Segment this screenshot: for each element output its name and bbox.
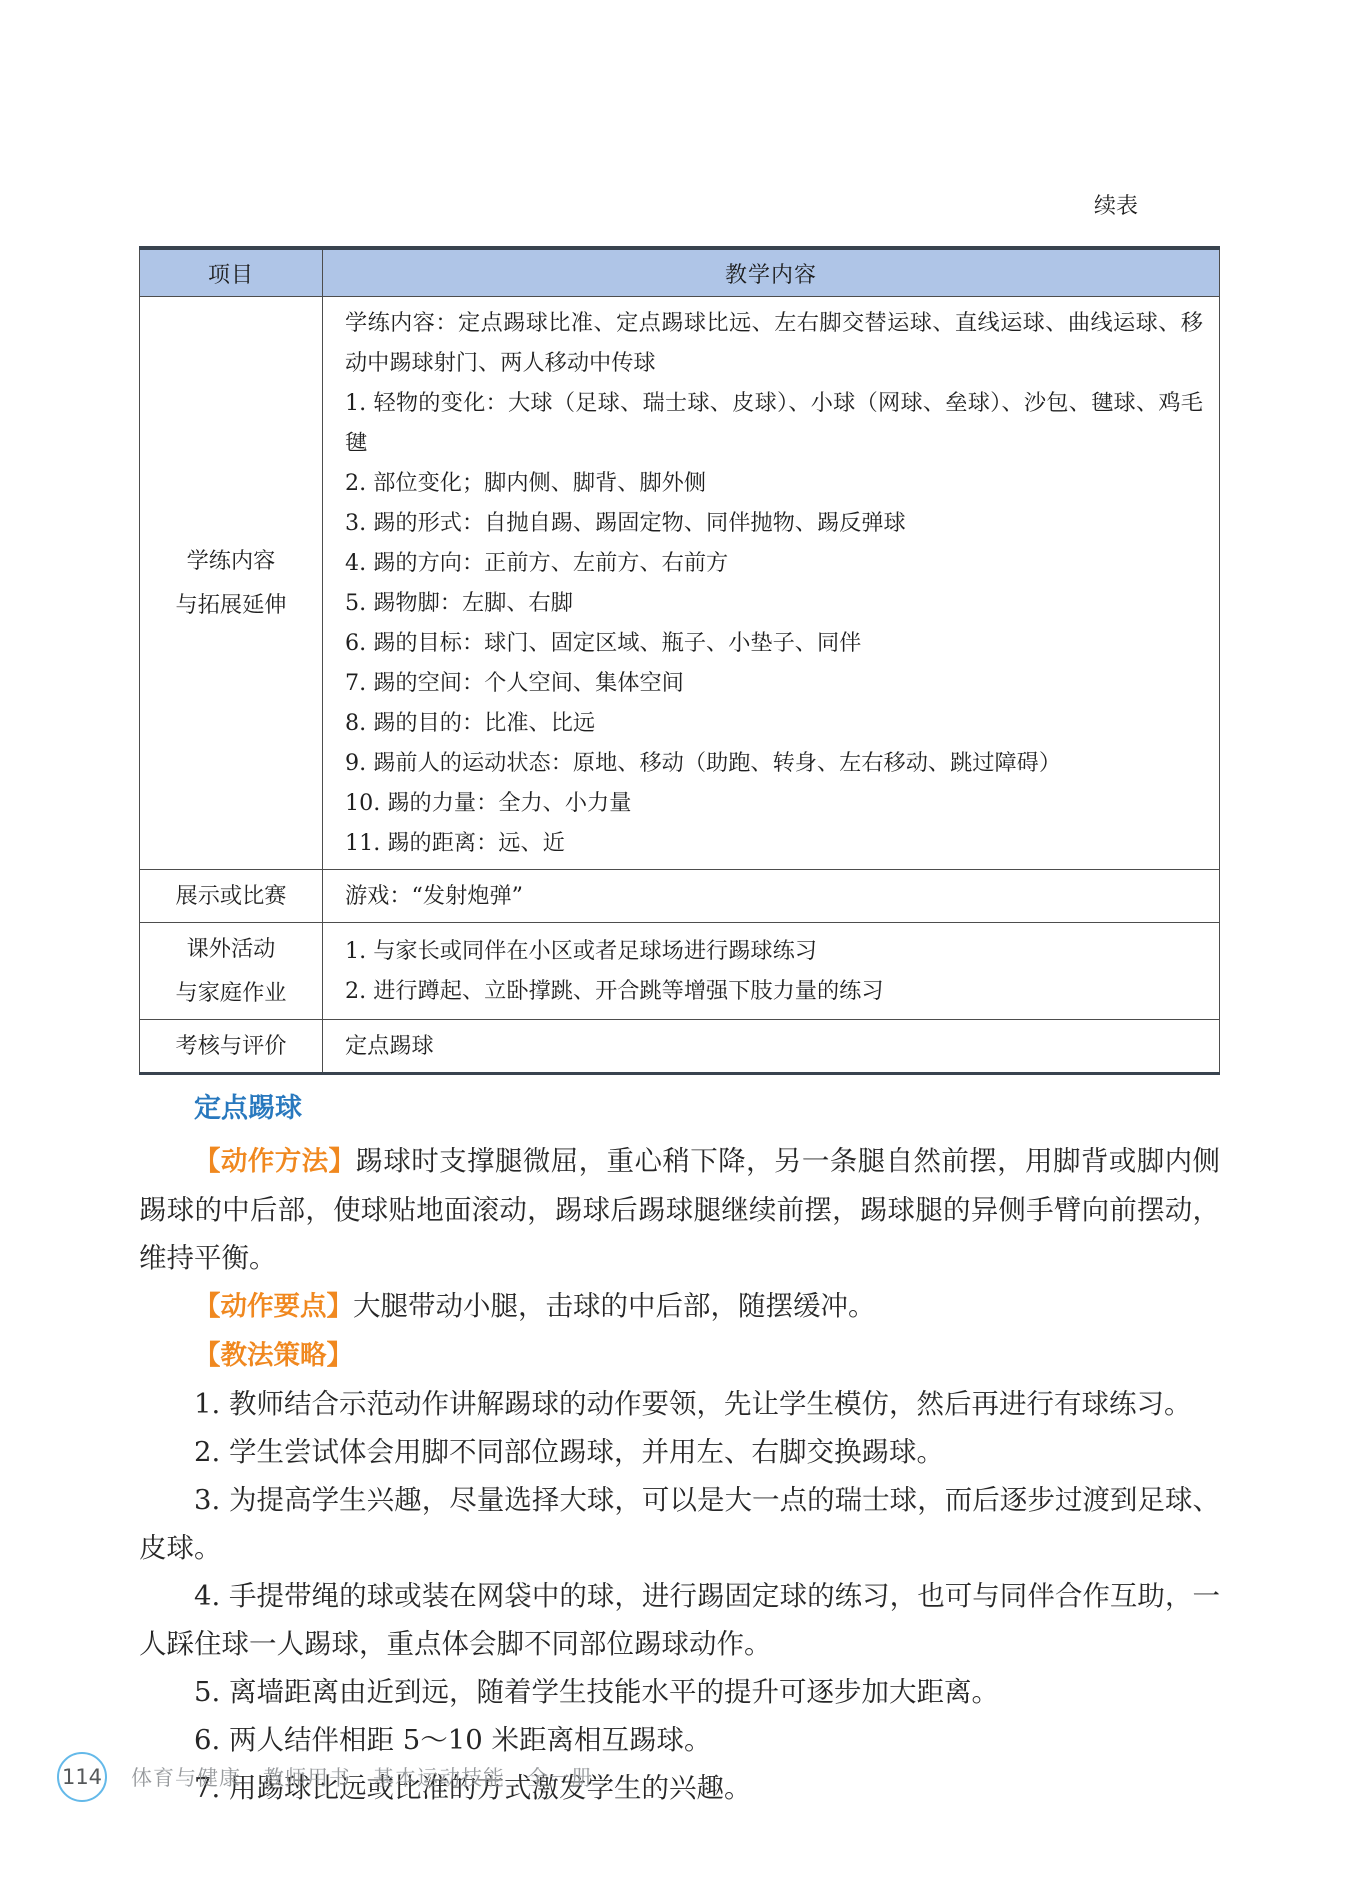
section-dingdian-tiqiu: 定点踢球 【动作方法】踢球时支撑腿微屈，重心稍下降，另一条腿自然前摆，用脚背或脚… bbox=[139, 1091, 1220, 1812]
key-points-paragraph: 【动作要点】大腿带动小腿，击球的中后部，随摆缓冲。 bbox=[139, 1282, 1220, 1331]
continued-table-label: 续表 bbox=[139, 192, 1220, 222]
row-content-line: 1. 轻物的变化：大球（足球、瑞士球、皮球）、小球（网球、垒球）、沙包、毽球、鸡… bbox=[345, 383, 1203, 463]
table-header-content: 教学内容 bbox=[323, 248, 1220, 297]
strategy-label: 【教法策略】 bbox=[194, 1340, 353, 1371]
row-content-line: 定点踢球 bbox=[345, 1026, 1203, 1066]
row-content-line: 9. 踢前人的运动状态：原地、移动（助跑、转身、左右移动、跳过障碍） bbox=[345, 743, 1203, 783]
row-item-label: 与拓展延伸 bbox=[142, 583, 320, 627]
page-content: 续表 项目 教学内容 学练内容与拓展延伸学练内容：定点踢球比准、定点踢球比远、左… bbox=[0, 192, 1359, 1812]
action-method-label: 【动作方法】 bbox=[194, 1146, 355, 1177]
row-content-line: 游戏：“发射炮弹” bbox=[345, 876, 1203, 916]
table-row: 考核与评价定点踢球 bbox=[140, 1020, 1220, 1074]
row-item-label: 与家庭作业 bbox=[142, 971, 320, 1015]
strategy-item: 2. 学生尝试体会用脚不同部位踢球，并用左、右脚交换踢球。 bbox=[139, 1428, 1220, 1476]
row-item-label: 课外活动 bbox=[142, 927, 320, 971]
row-item-label: 展示或比赛 bbox=[142, 874, 320, 918]
strategy-item: 4. 手提带绳的球或装在网袋中的球，进行踢固定球的练习，也可与同伴合作互助，一人… bbox=[139, 1572, 1220, 1668]
key-points-label: 【动作要点】 bbox=[194, 1291, 353, 1322]
table-row: 展示或比赛游戏：“发射炮弹” bbox=[140, 870, 1220, 923]
row-item-cell: 课外活动与家庭作业 bbox=[140, 923, 323, 1020]
footer-book-title: 体育与健康 教师用书 基本运动技能 全一册 bbox=[131, 1762, 593, 1792]
row-content-cell: 定点踢球 bbox=[323, 1020, 1220, 1074]
page-number-badge: 114 bbox=[57, 1752, 107, 1802]
table-header-item: 项目 bbox=[140, 248, 323, 297]
row-content-line: 5. 踢物脚：左脚、右脚 bbox=[345, 583, 1203, 623]
row-item-label: 考核与评价 bbox=[142, 1024, 320, 1068]
table-header-row: 项目 教学内容 bbox=[140, 248, 1220, 297]
row-content-cell: 游戏：“发射炮弹” bbox=[323, 870, 1220, 923]
table-body: 学练内容与拓展延伸学练内容：定点踢球比准、定点踢球比远、左右脚交替运球、直线运球… bbox=[140, 297, 1220, 1074]
table-row: 课外活动与家庭作业1. 与家长或同伴在小区或者足球场进行踢球练习2. 进行蹲起、… bbox=[140, 923, 1220, 1020]
row-content-cell: 学练内容：定点踢球比准、定点踢球比远、左右脚交替运球、直线运球、曲线运球、移动中… bbox=[323, 297, 1220, 870]
textbook-page: 续表 项目 教学内容 学练内容与拓展延伸学练内容：定点踢球比准、定点踢球比远、左… bbox=[0, 0, 1359, 1891]
teaching-content-table: 项目 教学内容 学练内容与拓展延伸学练内容：定点踢球比准、定点踢球比远、左右脚交… bbox=[139, 246, 1220, 1075]
page-footer: 114 体育与健康 教师用书 基本运动技能 全一册 bbox=[57, 1752, 593, 1802]
row-item-label: 学练内容 bbox=[142, 539, 320, 583]
row-content-line: 2. 部位变化；脚内侧、脚背、脚外侧 bbox=[345, 463, 1203, 503]
section-heading: 定点踢球 bbox=[139, 1091, 1220, 1127]
row-item-cell: 展示或比赛 bbox=[140, 870, 323, 923]
row-item-cell: 考核与评价 bbox=[140, 1020, 323, 1074]
row-content-line: 1. 与家长或同伴在小区或者足球场进行踢球练习 bbox=[345, 931, 1203, 971]
key-points-text: 大腿带动小腿，击球的中后部，随摆缓冲。 bbox=[353, 1290, 876, 1322]
row-item-cell: 学练内容与拓展延伸 bbox=[140, 297, 323, 870]
strategy-item: 5. 离墙距离由近到远，随着学生技能水平的提升可逐步加大距离。 bbox=[139, 1668, 1220, 1716]
strategy-list: 1. 教师结合示范动作讲解踢球的动作要领，先让学生模仿，然后再进行有球练习。2.… bbox=[139, 1380, 1220, 1812]
row-content-line: 6. 踢的目标：球门、固定区域、瓶子、小垫子、同伴 bbox=[345, 623, 1203, 663]
row-content-line: 10. 踢的力量：全力、小力量 bbox=[345, 783, 1203, 823]
row-content-cell: 1. 与家长或同伴在小区或者足球场进行踢球练习2. 进行蹲起、立卧撑跳、开合跳等… bbox=[323, 923, 1220, 1020]
strategy-item: 3. 为提高学生兴趣，尽量选择大球，可以是大一点的瑞士球，而后逐步过渡到足球、皮… bbox=[139, 1476, 1220, 1572]
strategy-label-paragraph: 【教法策略】 bbox=[139, 1331, 1220, 1380]
page-number: 114 bbox=[62, 1765, 102, 1789]
row-content-line: 7. 踢的空间：个人空间、集体空间 bbox=[345, 663, 1203, 703]
strategy-item: 1. 教师结合示范动作讲解踢球的动作要领，先让学生模仿，然后再进行有球练习。 bbox=[139, 1380, 1220, 1428]
row-content-line: 3. 踢的形式：自抛自踢、踢固定物、同伴抛物、踢反弹球 bbox=[345, 503, 1203, 543]
row-content-line: 8. 踢的目的：比准、比远 bbox=[345, 703, 1203, 743]
row-content-line: 2. 进行蹲起、立卧撑跳、开合跳等增强下肢力量的练习 bbox=[345, 971, 1203, 1011]
row-content-line: 4. 踢的方向：正前方、左前方、右前方 bbox=[345, 543, 1203, 583]
row-content-line: 11. 踢的距离：远、近 bbox=[345, 823, 1203, 863]
table-row: 学练内容与拓展延伸学练内容：定点踢球比准、定点踢球比远、左右脚交替运球、直线运球… bbox=[140, 297, 1220, 870]
action-method-paragraph: 【动作方法】踢球时支撑腿微屈，重心稍下降，另一条腿自然前摆，用脚背或脚内侧踢球的… bbox=[139, 1137, 1220, 1282]
row-content-line: 学练内容：定点踢球比准、定点踢球比远、左右脚交替运球、直线运球、曲线运球、移动中… bbox=[345, 303, 1203, 383]
